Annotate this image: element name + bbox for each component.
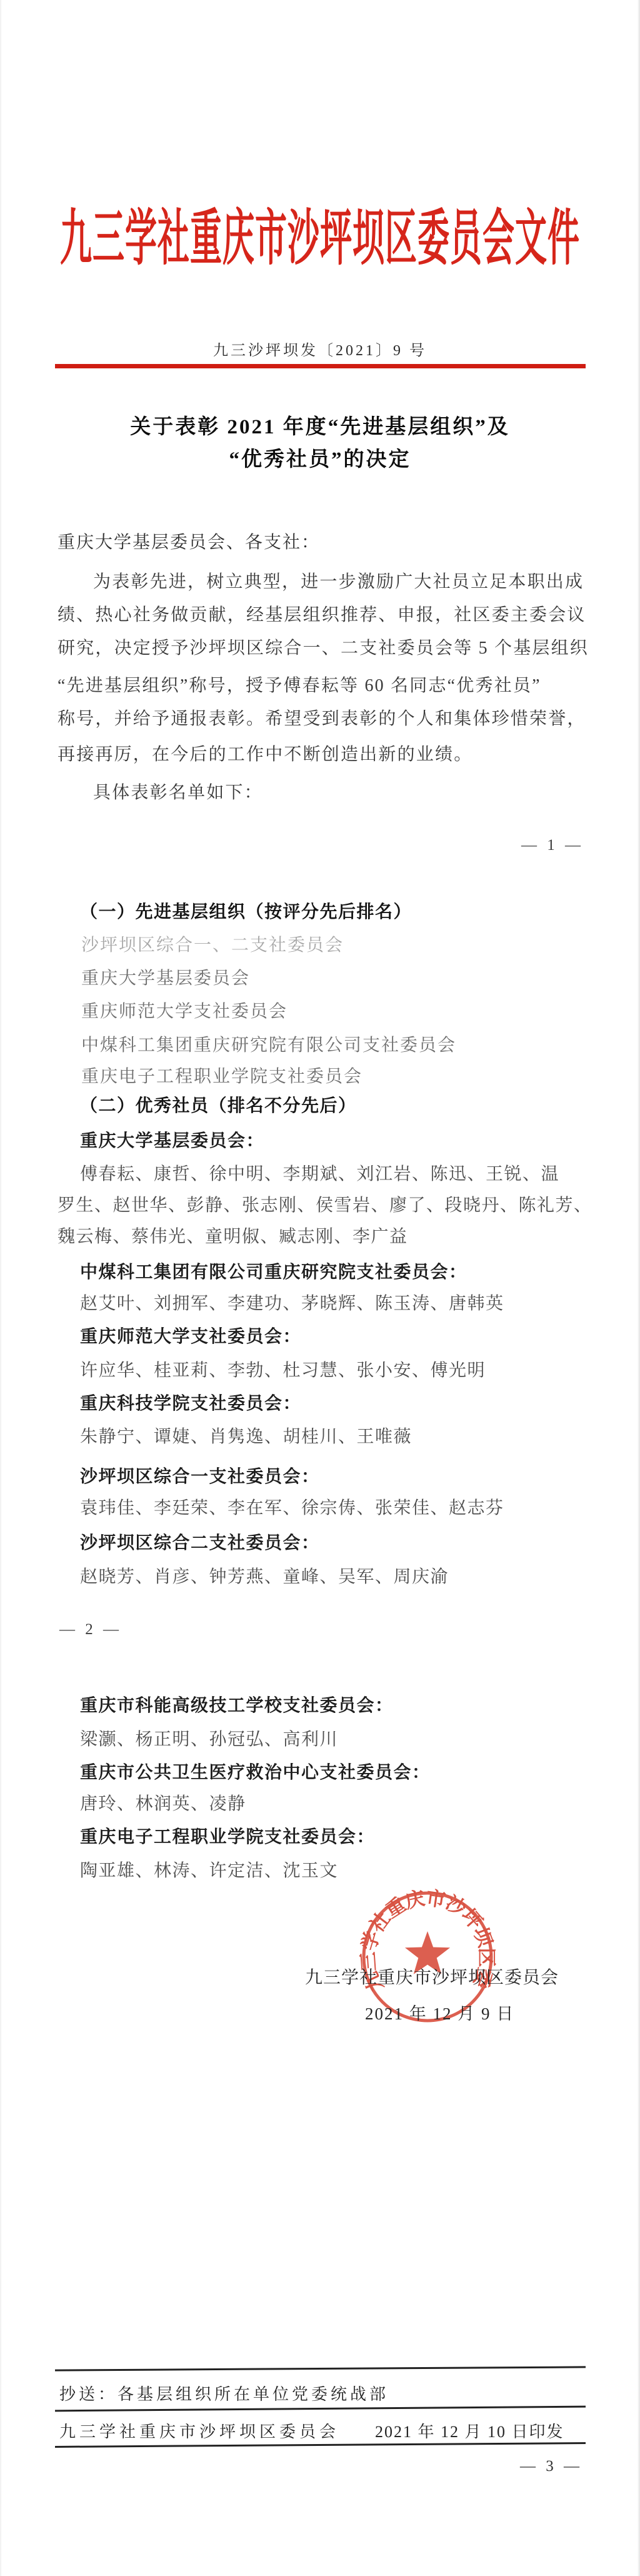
group-names-line: 赵艾叶、刘拥军、李建功、茅晓辉、陈玉涛、唐韩英 (57, 1293, 585, 1315)
group-org-heading: 重庆大学基层委员会： (57, 1130, 585, 1153)
section1-heading: （一）先进基层组织（按评分先后排名） (57, 901, 585, 924)
group-names-line: 许应华、桂亚莉、李勃、杜习慧、张小安、傅光明 (57, 1360, 585, 1382)
body-paragraph-line: 绩、热心社务做贡献，经基层组织推荐、申报，社区委主委会议 (57, 604, 585, 627)
section1-org-item: 沙坪坝区综合一、二支社委员会 (57, 934, 585, 957)
section1-org-item: 重庆师范大学支社委员会 (57, 1001, 585, 1023)
body-paragraph-line: 称号，并给予通报表彰。希望受到表彰的个人和集体珍惜荣誉， (57, 708, 585, 730)
group-org-heading: 中煤科工集团有限公司重庆研究院支社委员会： (57, 1261, 585, 1284)
body-paragraph-line: “先进基层组织”称号，授予傅春耘等 60 名同志“优秀社员” (57, 675, 585, 697)
group-org-heading: 重庆师范大学支社委员会： (57, 1326, 585, 1348)
footer-print-date: 2021 年 12 月 10 日印发 (375, 2419, 564, 2442)
group-names-line: 魏云梅、蔡伟光、童明俶、臧志刚、李广益 (57, 1226, 585, 1248)
section1-org-item: 中煤科工集团重庆研究院有限公司支社委员会 (57, 1034, 585, 1057)
section1-org-item: 重庆电子工程职业学院支社委员会 (57, 1066, 585, 1088)
page-number-2: — 2 — (59, 1621, 122, 1639)
document-title-line1: 关于表彰 2021 年度“先进基层组织”及 (0, 410, 640, 440)
group-org-heading: 重庆电子工程职业学院支社委员会： (57, 1826, 585, 1849)
group-org-heading: 重庆科技学院支社委员会： (57, 1393, 585, 1415)
group-org-heading: 沙坪坝区综合二支社委员会： (57, 1532, 585, 1555)
document-title-line2: “优秀社员”的决定 (0, 443, 640, 472)
group-org-heading: 沙坪坝区综合一支社委员会： (57, 1466, 585, 1488)
group-names-line: 傅春耘、康哲、徐中明、李期斌、刘江岩、陈迅、王锐、温 (57, 1163, 585, 1186)
scan-edge-left (0, 0, 2, 2576)
footer-issuer: 九三学社重庆市沙坪坝区委员会 (59, 2419, 339, 2442)
body-paragraph-line: 为表彰先进，树立典型，进一步激励广大社员立足本职出成 (57, 571, 585, 593)
recipient-line: 重庆大学基层委员会、各支社： (57, 528, 320, 553)
list-intro-line: 具体表彰名单如下： (57, 782, 585, 804)
section1-org-item: 重庆大学基层委员会 (57, 967, 585, 990)
document-header-banner: 九三学社重庆市沙坪坝区委员会文件 (0, 210, 640, 271)
group-org-heading: 重庆市公共卫生医疗救治中心支社委员会： (57, 1762, 585, 1784)
scan-edge-right (637, 0, 640, 2576)
page-number-1: — 1 — (56, 837, 584, 854)
group-names-line: 赵晓芳、肖彦、钟芳燕、童峰、吴军、周庆渝 (57, 1566, 585, 1589)
group-names-line: 罗生、赵世华、彭静、张志刚、侯雪岩、廖了、段晓丹、陈礼芳、 (57, 1195, 585, 1217)
document-number: 九三沙坪坝发〔2021〕9 号 (0, 338, 640, 360)
footer-rule-middle (55, 2406, 586, 2412)
group-names-line: 朱静宁、谭婕、肖隽逸、胡桂川、王唯薇 (57, 1426, 585, 1448)
group-org-heading: 重庆市科能高级技工学校支社委员会： (57, 1695, 585, 1717)
group-names-line: 袁玮佳、李廷荣、李在军、徐宗俦、张荣佳、赵志芬 (57, 1497, 585, 1520)
page-number-3: — 3 — (56, 2458, 582, 2475)
body-paragraph-line: 再接再厉，在今后的工作中不断创造出新的业绩。 (57, 744, 585, 766)
group-names-line: 陶亚雄、林涛、许定洁、沈玉文 (57, 1860, 585, 1882)
footer-rule-top (55, 2366, 586, 2371)
section2-heading: （二）优秀社员（排名不分先后） (57, 1095, 585, 1118)
signature-org: 九三学社重庆市沙坪坝区委员会 (305, 1964, 559, 1989)
footer-cc-line: 抄送：各基层组织所在单位党委统战部 (59, 2382, 389, 2405)
signature-date: 2021 年 12 月 9 日 (365, 2000, 514, 2024)
footer-rule-bottom (55, 2442, 586, 2448)
group-names-line: 唐玲、林润英、凌静 (57, 1793, 585, 1816)
group-names-line: 梁灏、杨正明、孙冠弘、高利川 (57, 1729, 585, 1751)
red-divider-rule (55, 364, 586, 368)
body-paragraph-line: 研究，决定授予沙坪坝区综合一、二支社委员会等 5 个基层组织 (57, 637, 585, 660)
